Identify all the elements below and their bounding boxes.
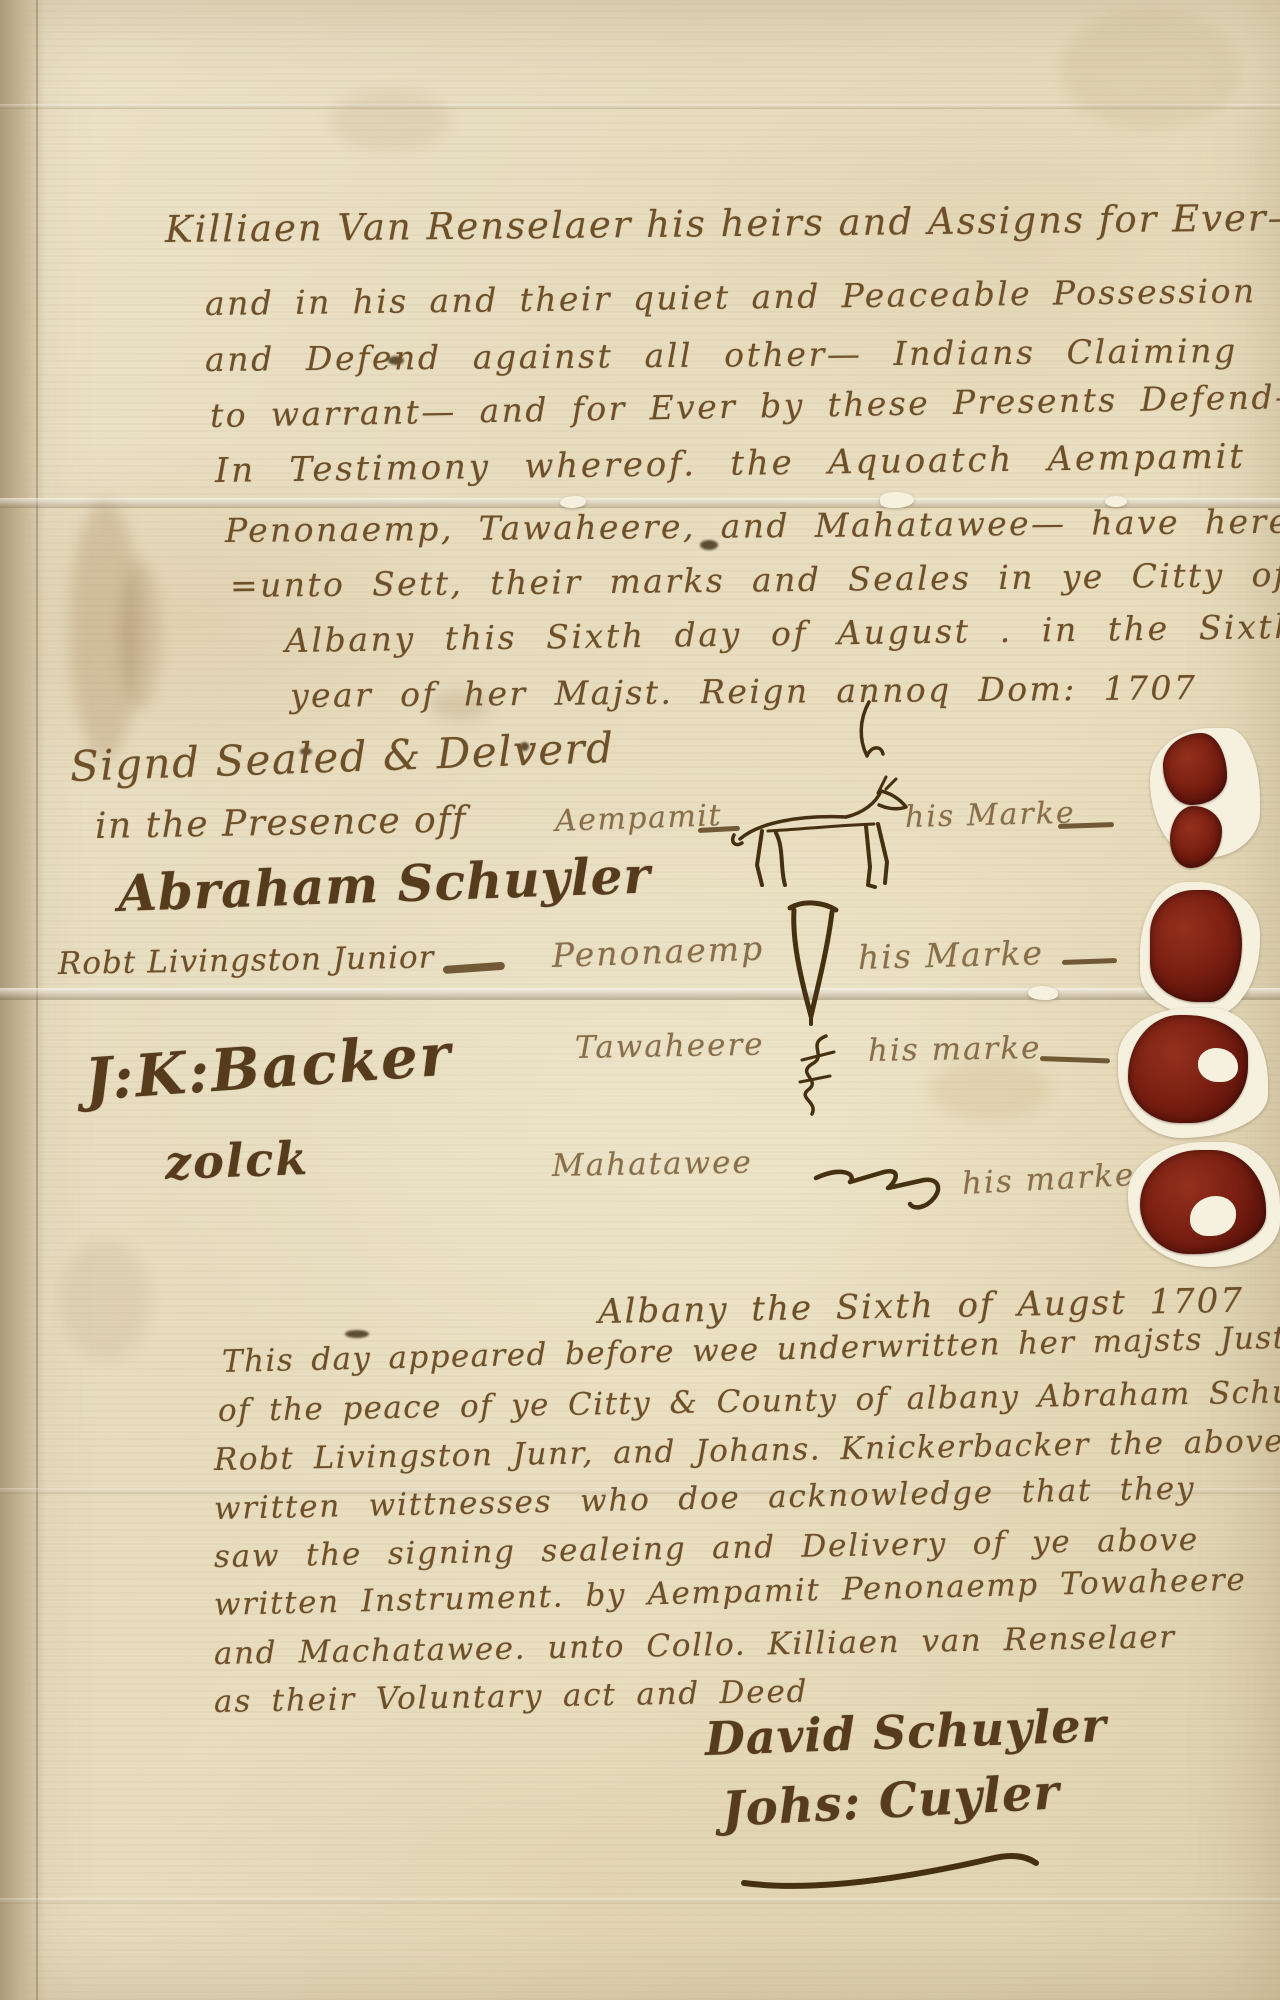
acknowledgment-line: written wittnesses who doe acknowledge t… xyxy=(214,1470,1196,1527)
justice-signature: Johs: Cuyler xyxy=(721,1764,1062,1838)
zigzag-pictograph-icon xyxy=(812,1148,962,1228)
pen-stroke xyxy=(443,962,505,974)
deer-pictograph-icon xyxy=(728,773,918,898)
witness-signature: J:K:Backer xyxy=(83,1020,455,1113)
mark-label: his marke xyxy=(961,1157,1136,1202)
ink-flourish xyxy=(855,700,889,764)
fold-line xyxy=(0,988,1280,1000)
body-line: to warrant— and for Ever by these Presen… xyxy=(210,377,1280,435)
acknowledgment-line: and Machatawee. unto Collo. Killiaen van… xyxy=(214,1619,1176,1672)
stain xyxy=(60,1240,150,1360)
signature-flourish xyxy=(740,1845,1040,1895)
binding-crease xyxy=(36,0,38,2000)
torn-speck xyxy=(1028,986,1058,1000)
presence-line: in the Presence off xyxy=(95,800,468,847)
witness-signature: zolck xyxy=(164,1131,310,1190)
signer-name: Penonaemp xyxy=(551,929,764,975)
hook-pictograph-icon xyxy=(788,1030,848,1125)
signed-sealed-line: Signd Sealed & Delverd xyxy=(69,723,615,791)
wax-seal-fragment xyxy=(1170,806,1222,868)
witness-signature: Robt Livingston Junior xyxy=(58,939,435,982)
acknowledgment-line: Robt Livingston Junr, and Johans. Knicke… xyxy=(214,1423,1280,1478)
signer-name: Aempamit xyxy=(554,798,722,839)
pen-stroke xyxy=(1058,822,1114,829)
acknowledgment-line: of the peace of ye Citty & County of alb… xyxy=(218,1373,1280,1429)
body-line: =unto Sett, their marks and Seales in ye… xyxy=(230,555,1280,605)
body-line: Penonaemp, Tawaheere, and Mahatawee— hav… xyxy=(225,502,1280,550)
body-line: Albany this Sixth day of August . in the… xyxy=(285,607,1280,660)
pen-stroke xyxy=(1062,958,1117,965)
witness-signature: Abraham Schuyler xyxy=(117,845,652,923)
binding-edge xyxy=(0,0,46,2000)
signer-name: Mahatawee xyxy=(552,1144,753,1183)
mark-label: his marke xyxy=(868,1030,1042,1069)
fold-line xyxy=(0,1898,1280,1904)
signer-name: Tawaheere xyxy=(575,1027,765,1066)
body-line: and in his and their quiet and Peaceable… xyxy=(205,271,1257,323)
wax-seal xyxy=(1150,890,1242,1002)
stain xyxy=(120,560,160,710)
stain xyxy=(70,500,140,760)
torn-paper xyxy=(1198,1048,1238,1082)
fold-line xyxy=(0,104,1280,109)
manuscript-page: Killiaen Van Renselaer his heirs and Ass… xyxy=(0,0,1280,2000)
body-line: Killiaen Van Renselaer his heirs and Ass… xyxy=(165,196,1280,251)
wax-seal xyxy=(1163,733,1227,805)
body-line: year of her Majst. Reign annoq Dom: 1707 xyxy=(290,668,1198,715)
ink-blot xyxy=(345,1330,369,1338)
body-line: In Testimony whereof. the Aquoatch Aempa… xyxy=(215,437,1246,491)
pen-stroke xyxy=(1040,1056,1110,1063)
mark-label: his Marke xyxy=(857,933,1044,977)
body-line: and Defend against all other— Indians Cl… xyxy=(205,331,1238,379)
bow-pictograph-icon xyxy=(778,898,848,1028)
stain xyxy=(1060,10,1240,130)
torn-speck xyxy=(560,496,586,508)
stain xyxy=(930,1060,1050,1120)
stain xyxy=(330,90,450,150)
mark-label: his Marke xyxy=(905,796,1077,835)
